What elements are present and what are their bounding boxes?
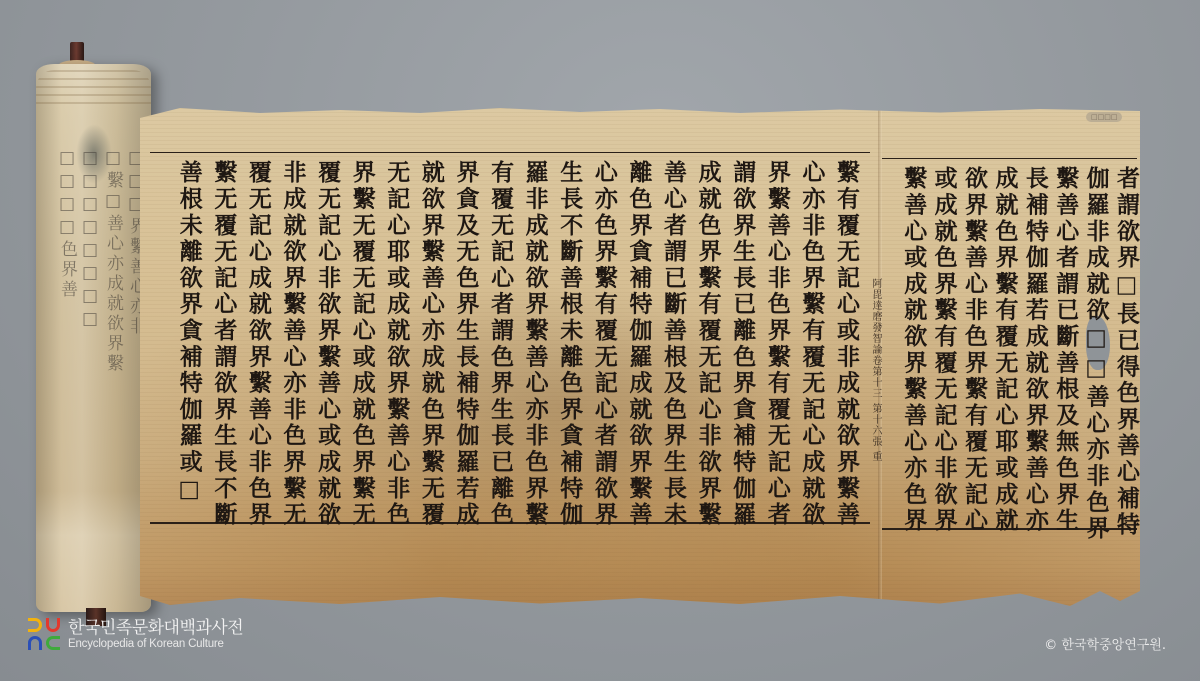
scroll-roll: □□□界繫善心亦非 □繫□善心亦成就欲界繫 □□□□□□□□ □□□□色界善 — [36, 64, 151, 612]
logo-title-korean: 한국민족문화대백과사전 — [68, 620, 243, 638]
logo-red-u — [46, 618, 60, 632]
text-column: 无記心耶或成就欲界繫善心非色 — [385, 160, 408, 520]
text-column: 非成就欲界繫善心亦非色界繫无 — [282, 160, 305, 520]
scroll-paper: □□□□ 者謂欲界□長已得色界善心補特 伽羅非成就欲□□善心亦非色界 繫善心者謂… — [140, 108, 1140, 606]
collection-stamp: □□□□ — [1086, 112, 1122, 122]
logo-yellow-d — [28, 618, 42, 632]
text-column: 有覆无記心者謂色界生長已離色 — [489, 160, 512, 520]
left-sheet-text: 繫有覆无記心或非成就欲界繫善 心亦非色界繫有覆无記心成就欲 界繫善心非色界繫有覆… — [152, 160, 858, 520]
text-column: 界繫无覆无記心或成就色界繫无 — [351, 160, 374, 520]
roll-text-column: □□□□色界善 — [58, 148, 75, 528]
text-column: 長補特伽羅若成就欲界繫善心亦 — [1024, 166, 1047, 522]
text-column: 欲界繫善心非色界繫有覆无記心 — [963, 166, 986, 522]
text-column: 善根未離欲界貪補特伽羅或□ — [178, 160, 201, 520]
roll-edge-bands — [36, 70, 151, 106]
text-column: 覆无記心非欲界繫善心或成就欲 — [316, 160, 339, 520]
sutra-margin-title: 阿毘達磨發智論卷第十三 第十六張 重 — [868, 278, 883, 462]
photo-stage: □□□界繫善心亦非 □繫□善心亦成就欲界繫 □□□□□□□□ □□□□色界善 □… — [0, 0, 1200, 681]
top-border-line — [150, 152, 870, 153]
text-column: 成就色界繫有覆无記心耶或成就 — [993, 166, 1016, 522]
text-column: 界繫善心非色界繫有覆无記心者 — [766, 160, 789, 520]
text-column: 覆无記心成就欲界繫善心非色界 — [247, 160, 270, 520]
text-column: 心亦非色界繫有覆无記心成就欲 — [800, 160, 823, 520]
logo-text: 한국민족문화대백과사전 Encyclopedia of Korean Cultu… — [68, 620, 243, 650]
text-column: 生長不斷善根未離色界貪補特伽 — [558, 160, 581, 520]
encyclopedia-logo-icon — [28, 618, 62, 652]
encyclopedia-logo: 한국민족문화대백과사전 Encyclopedia of Korean Cultu… — [28, 618, 243, 652]
copyright-notice: © 한국학중앙연구원. — [1044, 634, 1166, 653]
text-column: 善心者謂已斷善根及色界生長未 — [662, 160, 685, 520]
text-column: 伽羅非成就欲□□善心亦非色界 — [1085, 166, 1108, 522]
roll-text-column: □□□□□□□□ — [81, 148, 98, 528]
text-column: 繫无覆无記心者謂欲界生長不斷 — [212, 160, 235, 520]
text-column: 繫善心者謂已斷善根及無色界生 — [1054, 166, 1077, 522]
text-column: 或成就色界繫有覆无記心非欲界 — [933, 166, 956, 522]
top-border-line — [882, 158, 1137, 159]
text-column: 離色界貪補特伽羅成就欲界繫善 — [627, 160, 650, 520]
logo-blue-n — [28, 636, 42, 650]
text-column: 羅非成就欲界繫善心亦非色界繫 — [524, 160, 547, 520]
text-column: 心亦色界繫有覆无記心者謂欲界 — [593, 160, 616, 520]
text-column: 者謂欲界□長已得色界善心補特 — [1115, 166, 1138, 522]
roll-faded-text: □□□界繫善心亦非 □繫□善心亦成就欲界繫 □□□□□□□□ □□□□色界善 — [44, 148, 144, 528]
logo-green-e — [46, 636, 60, 650]
text-column: 成就色界繫有覆无記心非欲界繫 — [697, 160, 720, 520]
text-column: 就欲界繫善心亦成就色界繫无覆 — [420, 160, 443, 520]
roll-text-column: □繫□善心亦成就欲界繫 — [104, 148, 121, 528]
text-column: 繫有覆无記心或非成就欲界繫善 — [835, 160, 858, 520]
text-column: 繫善心或成就欲界繫善心亦色界 — [902, 166, 925, 522]
main-sheet-text: 者謂欲界□長已得色界善心補特 伽羅非成就欲□□善心亦非色界 繫善心者謂已斷善根及… — [886, 166, 1138, 522]
text-column: 謂欲界生長已離色界貪補特伽羅 — [731, 160, 754, 520]
text-column: 界貪及无色界生長補特伽羅若成 — [454, 160, 477, 520]
logo-title-english: Encyclopedia of Korean Culture — [68, 638, 243, 650]
